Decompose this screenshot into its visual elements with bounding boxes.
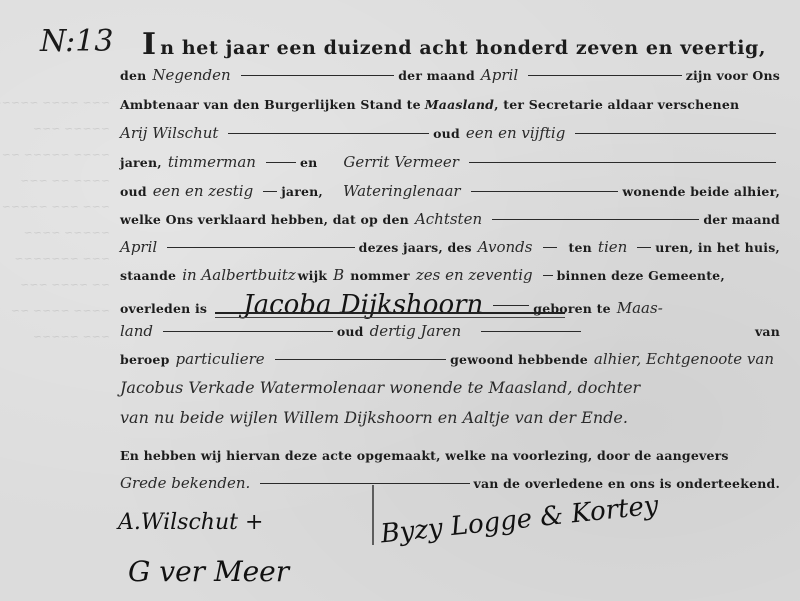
fill-rule — [493, 305, 529, 306]
age-line: land oud dertig Jaren van — [120, 322, 780, 340]
printed-text: wonende beide alhier, — [622, 184, 780, 199]
handwritten-declarant1-name: Arij Wilschut — [120, 124, 218, 142]
fill-rule — [266, 162, 296, 163]
fill-rule — [575, 133, 776, 134]
official-line: Ambtenaar van den Burgerlijken Stand te … — [120, 97, 780, 112]
handwritten-spouse-details: Jacobus Verkade Watermolenaar wonende te… — [120, 378, 640, 397]
fill-rule — [528, 75, 682, 76]
printed-text: nommer — [350, 268, 410, 283]
fill-rule — [163, 331, 333, 332]
declaration-line: welke Ons verklaard hebben, dat op den A… — [120, 210, 780, 228]
printed-text: En hebben wij hiervan deze acte opgemaak… — [120, 448, 729, 463]
closing-line: En hebben wij hiervan deze acte opgemaak… — [120, 448, 780, 463]
printed-text: der maand — [703, 212, 780, 227]
handwritten-deceased-occupation: particuliere — [176, 350, 265, 368]
bleed-through-text: ~~~ ~~~~ ~~~~~~~~~~~ ~~~~~~~ ~~~~~ ~~~~~… — [0, 90, 110, 410]
handwritten-occupation: timmerman — [168, 153, 256, 171]
handwritten-ward: B — [333, 266, 344, 284]
handwritten-birthplace: Maas- — [617, 299, 663, 317]
signature-declarant2: G ver Meer — [128, 555, 289, 588]
heading-line: I n het jaar een duizend acht honderd ze… — [142, 30, 780, 60]
record-number: N:13 — [40, 24, 113, 59]
handwritten-house-number: zes en zeventig — [416, 266, 533, 284]
printed-text: van — [755, 324, 780, 339]
scanned-document-page: ~~~ ~~~~ ~~~~~~~~~~~ ~~~~~~~ ~~~~~ ~~~~~… — [0, 0, 800, 601]
record-number-value: 13 — [75, 24, 113, 59]
signing-line: Grede bekenden. van de overledene en ons… — [120, 474, 780, 492]
printed-text: oud — [433, 126, 460, 141]
fill-rule — [241, 75, 395, 76]
printed-text: oud — [120, 184, 147, 199]
handwritten-residence-spouse: alhier, Echtgenoote van — [594, 350, 774, 368]
fill-rule — [492, 219, 699, 220]
printed-text: der maand — [398, 68, 475, 83]
declarant2-age-line: oud een en zestig jaren, Wateringlenaar … — [120, 182, 780, 200]
record-number-label: N: — [40, 24, 75, 59]
fill-rule — [263, 191, 277, 192]
handwritten-declarants-note: Grede bekenden. — [120, 474, 250, 492]
declarant2-line: jaren, timmerman en Gerrit Vermeer — [120, 153, 780, 171]
printed-text: den — [120, 68, 146, 83]
printed-text: dezes jaars, des — [359, 240, 472, 255]
handwritten-day: Negenden — [152, 66, 230, 84]
handwritten-birthplace-cont: land — [120, 322, 153, 340]
drop-cap: I — [142, 30, 156, 60]
address-line: staande in Aalbertbuitz wijk B nommer ze… — [120, 266, 780, 284]
printed-text: gewoond hebbende — [450, 352, 588, 367]
printed-text: staande — [120, 268, 176, 283]
fill-rule — [167, 247, 354, 248]
printed-text: jaren, — [281, 184, 323, 199]
handwritten-parents-details: van nu beide wijlen Willem Dijkshoorn en… — [120, 408, 628, 427]
fill-rule — [275, 359, 446, 360]
fill-rule — [637, 247, 651, 248]
printed-text: wijk — [298, 268, 328, 283]
spouse-line: Jacobus Verkade Watermolenaar wonende te… — [120, 378, 780, 397]
fill-rule — [471, 191, 619, 192]
printed-text: beroep — [120, 352, 170, 367]
time-line: April dezes jaars, des Avonds ten tien u… — [120, 238, 780, 256]
signature-officials: Byzy Logge & Kortey — [379, 490, 660, 549]
handwritten-hour: tien — [598, 238, 627, 256]
handwritten-death-day: Achtsten — [415, 210, 482, 228]
handwritten-death-month: April — [120, 238, 157, 256]
printed-text: welke Ons verklaard hebben, dat op den — [120, 212, 409, 227]
printed-text: , ter Secretarie aldaar verschenen — [494, 97, 739, 112]
fill-rule — [481, 331, 581, 332]
fill-rule — [260, 483, 469, 484]
handwritten-declarant2-name: Gerrit Vermeer — [343, 153, 458, 171]
deceased-name-underline — [215, 312, 565, 318]
printed-text: zijn voor Ons — [686, 68, 780, 83]
handwritten-occupation2: Wateringlenaar — [343, 182, 461, 200]
printed-text: en — [300, 155, 317, 170]
printed-text: van de overledene en ons is onderteekend… — [474, 476, 781, 491]
fill-rule — [543, 275, 553, 276]
declarant1-line: Arij Wilschut oud een en vijftig — [120, 124, 780, 142]
heading-text: n het jaar een duizend acht honderd zeve… — [160, 37, 766, 59]
signature-bracket — [372, 485, 374, 545]
printed-text: overleden is — [120, 301, 207, 316]
occupation-line: beroep particuliere gewoond hebbende alh… — [120, 350, 780, 368]
parents-line: van nu beide wijlen Willem Dijkshoorn en… — [120, 408, 780, 427]
place-name: Maasland — [425, 97, 494, 112]
handwritten-month: April — [481, 66, 518, 84]
printed-text: jaren, — [120, 155, 162, 170]
printed-text: uren, in het huis, — [655, 240, 780, 255]
handwritten-time-of-day: Avonds — [478, 238, 533, 256]
printed-text: ten — [569, 240, 592, 255]
printed-text: Ambtenaar van den Burgerlijken Stand te — [120, 97, 421, 112]
handwritten-declarant2-age: een en zestig — [153, 182, 253, 200]
date-line: den Negenden der maand April zijn voor O… — [120, 66, 780, 84]
fill-rule — [228, 133, 429, 134]
handwritten-location: in Aalbertbuitz — [182, 266, 295, 284]
handwritten-deceased-age: dertig Jaren — [370, 322, 462, 340]
signature-declarant1: A.Wilschut + — [118, 510, 263, 535]
printed-text: oud — [337, 324, 364, 339]
fill-rule — [469, 162, 776, 163]
printed-text: binnen deze Gemeente, — [557, 268, 725, 283]
handwritten-declarant1-age: een en vijftig — [466, 124, 565, 142]
fill-rule — [543, 247, 557, 248]
